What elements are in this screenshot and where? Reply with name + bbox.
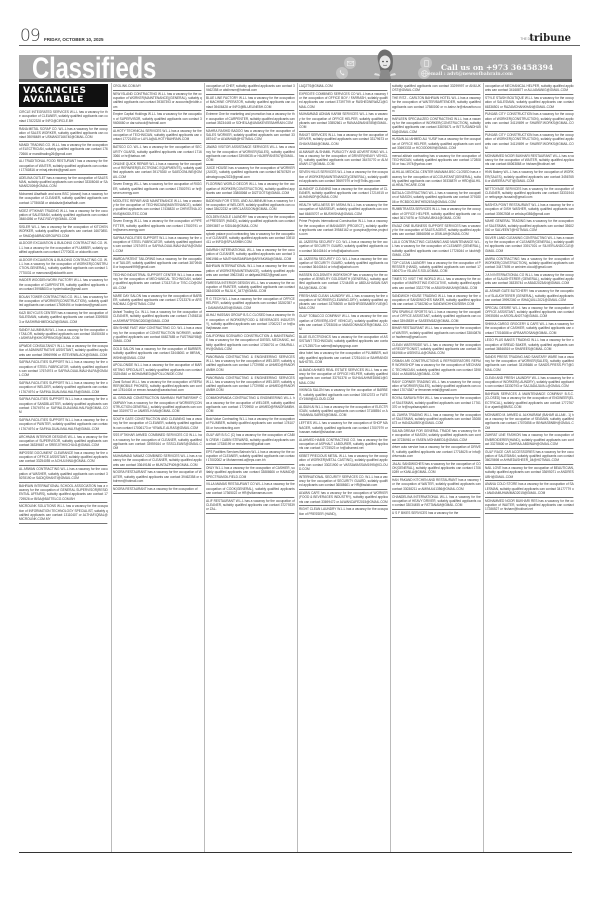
- classified-ad: AL JAZEERA SECURITY CO. W.L.L has a vaca…: [299, 256, 388, 272]
- classified-ad: MICROLINK SOLUTIONS W.L.L has a vacancy …: [19, 503, 108, 524]
- classified-ad: ALMANAR ALSHAMIL PUBLICITY AND ADVERTISI…: [299, 149, 388, 170]
- classified-ad: LULU CONTRACTING CLEANING AND MAINTENANC…: [392, 239, 481, 260]
- classified-ad: RUMBITRASTA SERVICES W.L.L has a vacancy…: [392, 206, 481, 222]
- classified-ad: RANY CORNER TRADING W.L.L has a vacancy …: [392, 379, 481, 395]
- column-6: occupation of MECHANICAL HELPER, suitabl…: [485, 83, 574, 853]
- classified-ad: NAIL LOVE has a vacancy for the occupati…: [485, 465, 574, 481]
- classified-ad: AL ARWAN CONTRACTING W.L.L has a vacancy…: [19, 466, 108, 482]
- classified-ad: SOUTH GATE CONSTRUCTION AND CLEANING has…: [113, 416, 202, 432]
- classified-ad: FLOORING WORLD DECOR W.L.L has a vacancy…: [206, 181, 295, 197]
- classified-ad: VIKINGA SALON has a vacancy for the occu…: [299, 387, 388, 403]
- classified-ad: BLUE ELECTRONICS has a vacancy for the o…: [299, 334, 388, 350]
- classified-ad: IDN SHINE FAST WAY CONTRACTING CO. W.L.L…: [113, 325, 202, 346]
- classified-ad: JAWAD VISITOR ASSISTANCE SERVICES W.L.L …: [206, 144, 295, 165]
- classified-ad: SSS IFTIKHAR AHMED COMBINED SERVICES CO …: [113, 432, 202, 453]
- classified-ad: AMIRA CONTRACTING has a vacancy for the …: [485, 256, 574, 272]
- classified-ad: ZAHRAT LINE FASHION has a vacancy for th…: [485, 432, 574, 448]
- classified-ad: EXPEDITE COMBINED SERVICES CO W.L.L has …: [299, 91, 388, 112]
- classified-columns: VACANCIES AVAILABLE CIRCLE INTEGRATED SE…: [19, 83, 572, 853]
- classified-ad: SHIKKA CARGO GROCERY & CAFE W.L.L has a …: [485, 321, 574, 337]
- classified-ad: CHANDELINA INTERNATIONAL W.L.L has a vac…: [392, 494, 481, 510]
- classified-ad: FRESH AND CLEAN LAUNDRY W.L.L has a vaca…: [299, 293, 388, 314]
- classified-ad: NETTOYAGE SERVICES has a vacancy for the…: [485, 186, 574, 202]
- classified-ad: PUNJAB CITY CONSTRUCTION has a vacancy f…: [485, 111, 574, 132]
- classified-ad: MODUTEC REPAIR AND MAINTENANCE W.L.L has…: [113, 198, 202, 219]
- classified-ad: MOHAMMED NOOR BUKHARI RESTAURANT W.L.L h…: [485, 153, 574, 169]
- classified-ad: GULF TOBACCO COMPANY W.L.L has a vacancy…: [299, 313, 388, 334]
- classified-ad: GOLD SALON has a vacancy for the occupat…: [113, 346, 202, 362]
- column-4: LAQ2TS@GMAIL.COMEXPEDITE COMBINED SERVIC…: [299, 83, 388, 853]
- classified-ad: ALBANDI AHMED REAL ESTATE SERVICES W.L.L…: [299, 367, 388, 388]
- classified-ad: J A N INTERNATIONAL CO W.L.L has a vacan…: [485, 272, 574, 288]
- classified-ad: ADELINA OUTLET has a vacancy for the occ…: [19, 175, 108, 191]
- page-bottom-rule: [19, 852, 572, 853]
- column-divider: [204, 83, 205, 853]
- classified-ad: MAHRA RASHID BADOO has a vacancy for the…: [206, 128, 295, 144]
- classified-ad: SAFINA FACILITIES SUPPORT W.L.L has a va…: [19, 417, 108, 433]
- phone-icon: [336, 67, 348, 79]
- classified-ad: SAMRAH INTERNATIONAL W.L.L has a vacancy…: [206, 247, 295, 263]
- classified-ad: HASSEN GOLDSMITH WORKSHOP has a vacancy …: [299, 272, 388, 293]
- classified-ad: BOLAN TOWER CONTRACTING CO. W.L.L has a …: [19, 294, 108, 310]
- classified-ad: SPA SPARKLE SPORTS W.L.L has a vacancy f…: [392, 309, 481, 325]
- classified-ad: NOORA RESTAURANT has a vacancy for the o…: [113, 469, 202, 485]
- classified-ad: CALIFORNIA SCENARIO CONSTRUCTION & MAINT…: [206, 333, 295, 354]
- classified-ad: SALMA DREAM FOR GENERAL TRADE has a vaca…: [392, 428, 481, 444]
- classified-ad: AL ASHAR GATE BUTCHERY has a vacancy for…: [485, 288, 574, 304]
- classified-ad: INTERNATIONAL SECURITY SERVICES CO. W.L.…: [299, 474, 388, 490]
- classified-ad: ARCHMAN INTERIOR DESIGNS W.L.L has a vac…: [19, 434, 108, 450]
- classified-ad: ALHOTY TECHNICAL SERVICES W.L.L has a va…: [113, 128, 202, 144]
- classified-ad: HARLEEN SPECIALIZED CONTRACTING W.L.L ha…: [392, 116, 481, 137]
- classified-ad: RIGHT CLEAN LAUNDRY W.L.L has a vacancy …: [299, 506, 388, 518]
- classified-ad: MUHAMMAD ADNAN KARIM SERVICES W.L.L has …: [299, 111, 388, 132]
- classified-ad: CLEAN WATERSIDE W.L.L has a vacancy for …: [392, 342, 481, 358]
- column-divider: [111, 83, 112, 853]
- classified-ad: TECHNO INDUSTRIAL SUPPORT CENTER W.L.L h…: [113, 272, 202, 293]
- classified-ad: KEBET PRECIOUS METAL W.L.L has a vacancy…: [299, 453, 388, 474]
- classified-ad: NEW ISLAND CONTRACTING W.L.L has a vacan…: [113, 91, 202, 112]
- classified-ad: BAHRAIN INTERNATIONAL W.L.L has a vacanc…: [206, 263, 295, 279]
- classified-ad: COMMONPANDA CONTRACTING & ENGINEERING W.…: [206, 395, 295, 416]
- classified-ad: SEVEN HILLS SERVICES W.L.L has a vacancy…: [299, 169, 388, 185]
- classified-ad: KAZI BICYCLES CENTER has a vacancy for t…: [19, 310, 108, 326]
- heading-line-2: AVAILABLE: [23, 96, 105, 105]
- classified-ad: occupation of CHEF, suitably qualified a…: [206, 83, 295, 95]
- classified-ad: SANDY ALUMINIUM W.L.L has a vacancy for …: [19, 327, 108, 343]
- classified-ad: GULF RACE CAR ACCESSORIES has a vacancy …: [485, 449, 574, 465]
- classified-ad: BAHRAIN INTERNATIONAL SCHOOL ASSOCIATION…: [19, 483, 108, 504]
- classified-ad: VILLA MAMAS RESTAURANT CO W.L.L has a va…: [206, 481, 295, 497]
- classified-ad: SANDS PRESS TRADING AND SANITARY WARE ha…: [485, 354, 574, 375]
- classified-ad: mersal alkhair contracting has a vacancy…: [392, 153, 481, 169]
- classified-ad: ANANA COLD STORE has a vacancy for the o…: [485, 481, 574, 497]
- classified-ad: dina hotel has a vacancy for the occupat…: [299, 350, 388, 366]
- classified-ad: suitably qualified applicants can contac…: [392, 83, 481, 95]
- classified-ad: ALDOOR EXCAVATION & BUILDING CONTRACTING…: [19, 240, 108, 256]
- classified-ad: CLEAN AND FRESH LAUNDRY W.L.L has a vaca…: [485, 375, 574, 391]
- classified-ad: BAHRAIN SERVICES & MAINTENANCE COMPANY B…: [485, 391, 574, 412]
- column-divider: [390, 83, 391, 853]
- classified-ad: LEGO PLUS BAKES TRADING W.L.L has a vaca…: [485, 337, 574, 353]
- classified-ad: TOP CLEAN LAUNDRY has a vacancy for the …: [392, 260, 481, 276]
- classified-ad: IMPOSSE DOCUMENT CLEARANCE has a vacancy…: [19, 450, 108, 466]
- classified-ad: PANORAMA CONTRACTING & ENGINEERING SERVI…: [206, 354, 295, 375]
- classified-ad: GULF AIR B.S.C (C) has a vacancy for the…: [206, 432, 295, 448]
- column-5: suitably qualified applicants can contac…: [392, 83, 481, 853]
- page-header: 09 FRIDAY, OCTOBER 10, 2025 THE DAILYtri…: [19, 26, 580, 46]
- classified-ad: SAFINA FACILITIES SUPPORT W.L.L has a va…: [19, 359, 108, 380]
- classified-ad: RANJIT SERVICES W.L.L has a vacancy for …: [299, 132, 388, 148]
- classified-ad: Ashraf Trading Co. W.L.L has a vacancy f…: [113, 309, 202, 325]
- page-number: 09: [20, 29, 40, 44]
- classified-ad: SANDWICH HOUSE TRADING W.L.L has a vacan…: [392, 293, 481, 309]
- mail-icon: [344, 57, 356, 69]
- newspaper-page: 09 FRIDAY, OCTOBER 10, 2025 THE DAILYtri…: [0, 0, 599, 900]
- classified-ad: ALDOOR EXCAVATION & BUILDING CONTRACTING…: [19, 257, 108, 278]
- publication-date: FRIDAY, OCTOBER 10, 2025: [44, 37, 104, 42]
- classified-ad: Seven Energy W.L.L has a vacancy for the…: [113, 218, 202, 234]
- classified-ad: SAFINA FACILITIES SUPPORT W.L.L has a va…: [113, 235, 202, 256]
- classified-ad: R G TECH W.L.L has a vacancy for the occ…: [206, 296, 295, 312]
- classified-ad: HAIDER WOODEN WORK FACTORY W.L.L has a v…: [19, 277, 108, 293]
- classified-ad: Zarai School W.L.L has a vacancy for the…: [113, 379, 202, 395]
- classified-ad: JALAL SANDWICHES has a vacancy for the o…: [392, 461, 481, 477]
- classified-ad: CIRCLE INTEGRATED SERVICES W.L.L has a v…: [19, 109, 108, 125]
- classified-ad: MANDI TRADING CO. W.L.L has a vacancy fo…: [19, 142, 108, 158]
- classified-ad: SPECIAL DESIRE W.L.L has a vacancy for t…: [485, 305, 574, 321]
- classified-ad: HEALTH WELLNESS BY MISHA W.L.L has a vac…: [299, 202, 388, 218]
- classified-ad: ONLINE QUICK REPAIR W.L.L has a vacancy …: [113, 161, 202, 182]
- classified-ad: ALHAJ HASSAN GROUP B.S.C CLOSED has a va…: [206, 312, 295, 333]
- classified-ad: U S F BIKES SERVICES has a vacancy for t…: [392, 510, 481, 518]
- classified-ad: HUSAIN ALI AHMED ALI YUSIF has a vacancy…: [392, 136, 481, 152]
- classified-ad: PUNJAB CITY CONSTRUCTION has a vacancy f…: [485, 132, 574, 153]
- classified-ad: splash palace pool contracting has a vac…: [206, 231, 295, 247]
- classified-ad: LEFTIES W.L.L has a vacancy for the occu…: [299, 420, 388, 436]
- classified-ad: Prime Projects International Constructio…: [299, 218, 388, 239]
- classified-ad: WARDA PATENT TAILORING has a vacancy for…: [113, 256, 202, 272]
- classified-ad: MAHE GENERAL TRADING has a vacancy for t…: [485, 218, 574, 234]
- classified-ad: ONLY W.L.L has a vacancy for the occupat…: [206, 465, 295, 481]
- classified-ad: Extreme One for marketing and promotion …: [206, 111, 295, 127]
- support-agent-illustration: [370, 49, 400, 79]
- classified-ad: NOORA RESTAURANT has a vacancy for the o…: [113, 486, 202, 494]
- classified-ad: TIMES TO VISIT THE WORLD W.L.L has a vac…: [392, 276, 481, 292]
- classified-ad: SAFINA FACILITIES SUPPORT W.L.L has a va…: [19, 380, 108, 396]
- classified-ad: ENJAZ ONE BUSINESS SUPPORT SERVICES has …: [392, 223, 481, 239]
- classified-ad: Mohamed Alsaffadh and sons BSC (closed) …: [19, 191, 108, 207]
- classified-ad: CROLINK.COM.MY: [113, 83, 202, 91]
- classified-ad: SAFINA FACILITIES SUPPORT W.L.L has a va…: [19, 396, 108, 417]
- classified-ad: SISLER W.L.L has a vacancy for the occup…: [19, 224, 108, 240]
- phone-number-text: Call us on +973 36458394: [441, 63, 553, 72]
- classified-ad: NASHTA POINT RESTAURANT W.L.L has a vaca…: [485, 202, 574, 218]
- masthead-logo: THE DAILYtribune: [520, 33, 571, 44]
- classified-ad: ALHANOF CLEANING has a vacancy for the o…: [299, 186, 388, 202]
- classified-ad: THE RITZ - CARLTON BAHRAIN HOTEL W.L.L h…: [392, 95, 481, 116]
- banner-underline: [19, 79, 572, 82]
- classified-ad: ALAHMED HABIB CONTRACTING CO. has a vaca…: [299, 437, 388, 453]
- classified-ad: BADEHAN FOR STEEL AND ALUMINIUM has a va…: [206, 198, 295, 214]
- classified-ad: ALHILAL MEDICAL CENTER MANAMA BSC CLOSED…: [392, 169, 481, 190]
- classified-ad: GOLDEN EAGLE LAUNDRY has a vacancy for t…: [206, 214, 295, 230]
- column-3: occupation of CHEF, suitably qualified a…: [206, 83, 295, 853]
- classified-ad: UPWIDE CONSULTANCY W.L.L has a vacancy f…: [19, 343, 108, 359]
- classified-ad: ALIDUN AI W.L.L has a vacancy for the oc…: [299, 404, 388, 420]
- classified-ad: AL JAZEERA SECURITY CO. W.L.L has a vaca…: [299, 239, 388, 255]
- classifieds-banner: Classifieds Call us on +973 3: [19, 55, 572, 79]
- classified-ad: EPS Facilities Services Bahrain W.L.L ha…: [206, 449, 295, 465]
- classified-ad: ALWAN CAFE has a vacancy for the occupat…: [299, 490, 388, 506]
- classified-ad: MARE DAY SALON has a vacancy for the occ…: [113, 293, 202, 309]
- classified-ad: MOHAMED M. AHMED A. ALKHARAWI (BAHAR ALL…: [485, 412, 574, 433]
- classified-ad: LAQ2TS@GMAIL.COM: [299, 83, 388, 91]
- email-text: email : advt@newsofbahrain.com: [428, 72, 513, 77]
- classified-ad: HNN Bakery W.L.L has a vacancy for the o…: [485, 169, 574, 185]
- classified-ad: ROYAL SARAYA FISH W.L.L has a vacancy fo…: [392, 395, 481, 411]
- classified-ad: BATSCO CO. W.L.L has a vacancy for the o…: [113, 144, 202, 160]
- column-divider: [297, 83, 298, 853]
- classified-ad: BATALA CONTRACTING W.L.L has a vacancy f…: [392, 190, 481, 206]
- classified-ad: FARESSA INTERIOR DESIGN W.L.L has a vaca…: [206, 280, 295, 296]
- classified-ad: OSMAN ARI CONSTRUCTIONS & REFRIGERATORS …: [392, 358, 481, 379]
- column-2: CROLINK.COM.MYNEW ISLAND CONTRACTING W.L…: [113, 83, 202, 853]
- classified-ad: occupation of MECHANICAL HELPER, suitabl…: [485, 83, 574, 95]
- section-heading: VACANCIES AVAILABLE: [19, 84, 108, 107]
- classified-ad: JUICE HOUSE has a vacancy for the occupa…: [206, 165, 295, 181]
- classified-ad: MUHAMMAD NAWAZ COMBINED SERVICES W.L.L h…: [113, 453, 202, 469]
- classified-ad: SILVER LAND CLEANING CONTRACTING W.L.L h…: [485, 235, 574, 256]
- logo-prefix: THE DAILY: [520, 38, 528, 41]
- classified-ad: AL ZAHRA TRADING W.L.L has a vacancy for…: [392, 412, 481, 428]
- contact-promo: Call us on +973 36458394 email : advt@ne…: [300, 55, 572, 79]
- classified-ad: BIHAR RESTAURANT W.L.L has a vacancy for…: [392, 325, 481, 341]
- logo-text: tribune: [529, 33, 571, 44]
- classified-ad: Bold Value Contracting W.L.L has a vacan…: [206, 416, 295, 432]
- classified-ad: PANORAMA CONTRACTING & ENGINEERING SERVI…: [206, 375, 295, 396]
- classified-ad: BLUE LINE FACTORY W.L.L has a vacancy fo…: [206, 95, 295, 111]
- classified-ad: STYLE STASH BOUTIQUE W.L.L has a vacancy…: [485, 95, 574, 111]
- classified-ad: MOHAMMED NOOR BUKHARI RES has a vacancy …: [485, 498, 574, 514]
- classified-ad: ALIF RESTAURANT W.L.L has a vacancy for …: [206, 498, 295, 514]
- classified-ad: Seven Energy W.L.L has a vacancy for the…: [113, 181, 202, 197]
- column-1: VACANCIES AVAILABLE CIRCLE INTEGRATED SE…: [19, 83, 108, 853]
- classified-ad: Empire Capital Holdings W.L.L has a vaca…: [113, 111, 202, 127]
- classified-ad: RANA METAL SCRAP CO. W.L.L has a vacancy…: [19, 126, 108, 142]
- classified-ad: ALI TRADITIONAL FOOD RESTURANT has a vac…: [19, 158, 108, 174]
- classified-ad: HAN PAKAND KITCHEN AND RESTAURANT has a …: [392, 477, 481, 493]
- classified-ad: AL GROUND CONSTRUCTION BAHRAIN PARTNERSH…: [113, 395, 202, 416]
- column-divider: [483, 83, 484, 853]
- classified-ad: APOLLONIDE W.L.L has a vacancy for the o…: [113, 362, 202, 378]
- classified-ad: driver auto service has a vacancy for th…: [392, 444, 481, 460]
- classified-ad: MOEZ IFTIKHAR TRADING W.L.L has a vacanc…: [19, 208, 108, 224]
